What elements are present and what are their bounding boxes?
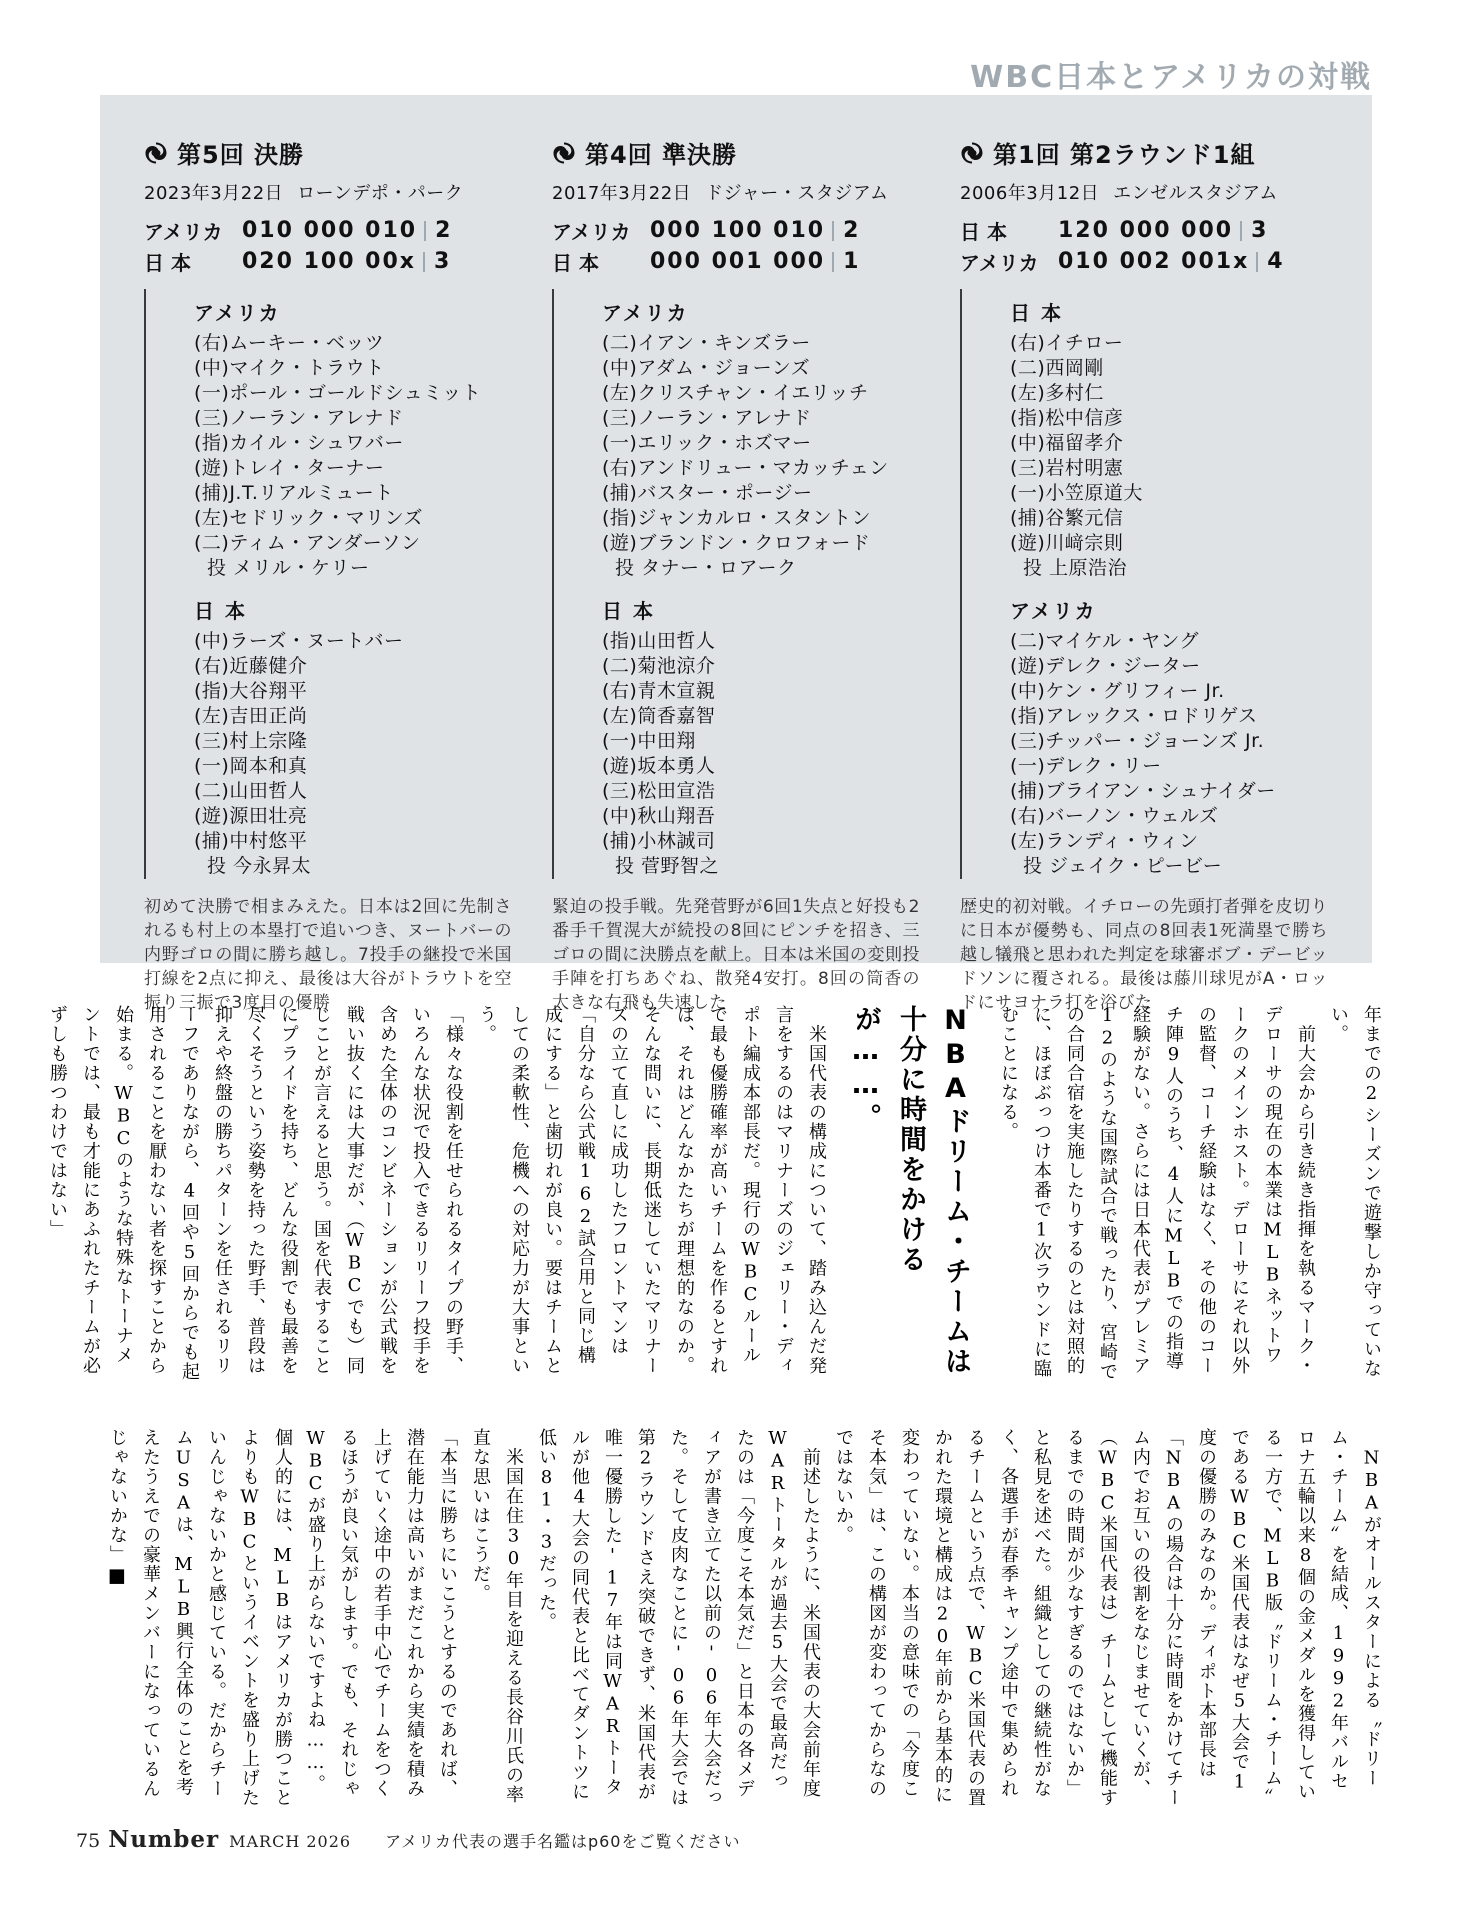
lineup-row: (左)吉田正尚 xyxy=(194,704,512,729)
linescore-row: 日 本 120 000 000 3 xyxy=(960,215,1328,246)
lineup-row: (指)カイル・シュワバー xyxy=(194,431,512,456)
page-footer: 75 Number MARCH 2026 アメリカ代表の選手名鑑はp60をご覧く… xyxy=(76,1826,741,1853)
lineup-row: (二)西岡剛 xyxy=(1010,356,1328,381)
lineup-row: (右)アンドリュー・マカッチェン xyxy=(602,456,920,481)
linescore-row: 日 本 020 100 00x 3 xyxy=(144,246,512,277)
linescore-divider xyxy=(832,221,834,241)
game-panel-2: 第4回 準決勝 2017年3月22日ドジャー・スタジアム アメリカ 000 10… xyxy=(552,135,920,1015)
linescore: アメリカ 000 100 010 2 日 本 000 001 000 1 xyxy=(552,215,920,277)
lineup-row: (指)ジャンカルロ・スタントン xyxy=(602,506,920,531)
article-subheadline-line1: NBAドリーム・チームは xyxy=(940,1005,971,1377)
linescore-row: 日 本 000 001 000 1 xyxy=(552,246,920,277)
article-paragraph: 年までの2シーズンで遊撃しか守っていない。 xyxy=(1322,1005,1388,1383)
lineup-row: (中)アダム・ジョーンズ xyxy=(602,356,920,381)
lineup-row: (遊)トレイ・ターナー xyxy=(194,456,512,481)
lineup-row: (右)近藤健介 xyxy=(194,654,512,679)
game-date: 2017年3月22日 xyxy=(552,183,691,204)
lineup-row: (中)マイク・トラウト xyxy=(194,356,512,381)
section-header: WBC日本とアメリカの対戦 xyxy=(970,52,1372,96)
linescore-innings: 010 000 010 xyxy=(242,218,417,243)
linescore-team: 日 本 xyxy=(960,216,1058,245)
linescore-divider xyxy=(423,252,425,272)
article-end-mark: ■ xyxy=(106,1565,128,1589)
lineup-row: (三)ノーラン・アレナド xyxy=(194,406,512,431)
lineup-row: (左)筒香嘉智 xyxy=(602,704,920,729)
lineup-player-list: (右)ムーキー・ベッツ(中)マイク・トラウト(一)ポール・ゴールドシュミット(三… xyxy=(194,331,512,556)
linescore-total: 3 xyxy=(1251,218,1266,243)
lineup-block: アメリカ (二)イアン・キンズラー(中)アダム・ジョーンズ(左)クリスチャン・イ… xyxy=(552,289,920,879)
article-subheadline-line2: 十分に時間をかけるが……。 xyxy=(850,1005,926,1275)
article-paragraph: 前大会から引き続き指揮を執るマーク・デローサの現在の本業はMLBネットワークのメ… xyxy=(992,1005,1322,1383)
linescore-row: アメリカ 000 100 010 2 xyxy=(552,215,920,246)
lineup-row: (二)ティム・アンダーソン xyxy=(194,531,512,556)
lineup-row: (遊)川﨑宗則 xyxy=(1010,531,1328,556)
lineup-row: (一)中田翔 xyxy=(602,729,920,754)
game-venue: エンゼルスタジアム xyxy=(1113,183,1278,204)
lineup-team: 日 本 (右)イチロー(二)西岡剛(左)多村仁(指)松中信彦(中)福留孝介(三)… xyxy=(1010,297,1328,581)
footer-note: アメリカ代表の選手名鑑はp60をご覧ください xyxy=(385,1829,740,1852)
lineup-row: (中)ケン・グリフィー Jr. xyxy=(1010,679,1328,704)
game-title: 第4回 準決勝 xyxy=(585,135,737,170)
lineup-row: (遊)デレク・ジーター xyxy=(1010,654,1328,679)
game-title-row: 第4回 準決勝 xyxy=(552,135,920,170)
game-date-row: 2023年3月22日ローンデポ・パーク xyxy=(144,179,512,205)
lineup-row: (中)秋山翔吾 xyxy=(602,804,920,829)
linescore-row: アメリカ 010 002 001x 4 xyxy=(960,246,1328,277)
lineup-row: (三)チッパー・ジョーンズ Jr. xyxy=(1010,729,1328,754)
lineup-pitcher: 投 メリル・ケリー xyxy=(194,556,512,581)
lineup-row: (二)イアン・キンズラー xyxy=(602,331,920,356)
article-paragraph: 米国代表の構成について、踏み込んだ発言をするのはマリナーズのジェリー・ディポト編… xyxy=(470,1005,833,1383)
lineup-player-list: (中)ラーズ・ヌートバー(右)近藤健介(指)大谷翔平(左)吉田正尚(三)村上宗隆… xyxy=(194,629,512,854)
linescore-team: アメリカ xyxy=(552,216,650,245)
linescore-innings: 120 000 000 xyxy=(1058,218,1233,243)
lineup-row: (捕)ブライアン・シュナイダー xyxy=(1010,779,1328,804)
linescore-total: 2 xyxy=(843,218,858,243)
lineup-row: (一)デレク・リー xyxy=(1010,754,1328,779)
lineup-row: (右)バーノン・ウェルズ xyxy=(1010,804,1328,829)
game-venue: ローンデポ・パーク xyxy=(297,183,463,204)
lineup-row: (指)山田哲人 xyxy=(602,629,920,654)
linescore-team: アメリカ xyxy=(960,247,1058,276)
lineup-row: (二)菊池涼介 xyxy=(602,654,920,679)
game-title: 第5回 決勝 xyxy=(177,135,304,170)
box-score-panel: 第5回 決勝 2023年3月22日ローンデポ・パーク アメリカ 010 000 … xyxy=(100,95,1372,963)
lineup-row: (右)イチロー xyxy=(1010,331,1328,356)
lineup-team-name: 日 本 xyxy=(194,595,512,624)
lineup-row: (捕)中村悠平 xyxy=(194,829,512,854)
article-paragraph: NBAがオールスターによる〝ドリーム・チーム〟を結成、1992年バルセロナ五輪以… xyxy=(827,1428,1388,1810)
lineup-row: (遊)坂本勇人 xyxy=(602,754,920,779)
lineup-row: (二)山田哲人 xyxy=(194,779,512,804)
tournament-mark-icon xyxy=(144,141,168,165)
lineup-row: (指)アレックス・ロドリゲス xyxy=(1010,704,1328,729)
lineup-pitcher: 投 タナー・ロアーク xyxy=(602,556,920,581)
lineup-row: (左)多村仁 xyxy=(1010,381,1328,406)
lineup-team-name: アメリカ xyxy=(602,297,920,326)
lineup-player-list: (右)イチロー(二)西岡剛(左)多村仁(指)松中信彦(中)福留孝介(三)岩村明憲… xyxy=(1010,331,1328,556)
game-panel-1: 第5回 決勝 2023年3月22日ローンデポ・パーク アメリカ 010 000 … xyxy=(144,135,512,1015)
lineup-pitcher: 投 ジェイク・ピービー xyxy=(1010,854,1328,879)
game-caption: 緊迫の投手戦。先発菅野が6回1失点と好投も2番手千賀滉大が続投の8回にピンチを招… xyxy=(552,895,920,1015)
lineup-team-name: アメリカ xyxy=(1010,595,1328,624)
lineup-row: (一)岡本和真 xyxy=(194,754,512,779)
linescore-total: 1 xyxy=(843,249,858,274)
lineup-player-list: (二)マイケル・ヤング(遊)デレク・ジーター(中)ケン・グリフィー Jr.(指)… xyxy=(1010,629,1328,854)
lineup-team: アメリカ (二)イアン・キンズラー(中)アダム・ジョーンズ(左)クリスチャン・イ… xyxy=(602,297,920,581)
magazine-logo: Number xyxy=(108,1826,219,1853)
game-date: 2023年3月22日 xyxy=(144,183,283,204)
lineup-row: (三)ノーラン・アレナド xyxy=(602,406,920,431)
magazine-page: WBC日本とアメリカの対戦 第5回 決勝 2023年3月22日ローンデポ・パーク… xyxy=(0,0,1472,1920)
linescore-divider xyxy=(1240,221,1242,241)
linescore-team: アメリカ xyxy=(144,216,242,245)
article-paragraph: 前述したように、米国代表の大会前年度WARトータルが過去5大会で最高だったのは「… xyxy=(530,1428,827,1810)
lineup-row: (一)小笠原道大 xyxy=(1010,481,1328,506)
lineup-team-name: 日 本 xyxy=(1010,297,1328,326)
game-date-row: 2017年3月22日ドジャー・スタジアム xyxy=(552,179,920,205)
lineup-row: (左)セドリック・マリンズ xyxy=(194,506,512,531)
lineup-block: 日 本 (右)イチロー(二)西岡剛(左)多村仁(指)松中信彦(中)福留孝介(三)… xyxy=(960,289,1328,879)
lineup-row: (捕)谷繁元信 xyxy=(1010,506,1328,531)
linescore-total: 4 xyxy=(1267,249,1282,274)
lineup-team-name: 日 本 xyxy=(602,595,920,624)
lineup-row: (捕)バスター・ポージー xyxy=(602,481,920,506)
linescore-innings: 000 001 000 xyxy=(650,249,825,274)
lineup-row: (遊)ブランドン・クロフォード xyxy=(602,531,920,556)
tournament-mark-icon xyxy=(960,141,984,165)
lineup-row: (三)村上宗隆 xyxy=(194,729,512,754)
lineup-player-list: (指)山田哲人(二)菊池涼介(右)青木宣親(左)筒香嘉智(一)中田翔(遊)坂本勇… xyxy=(602,629,920,854)
linescore-team: 日 本 xyxy=(144,247,242,276)
lineup-row: (指)大谷翔平 xyxy=(194,679,512,704)
lineup-row: (遊)源田壮亮 xyxy=(194,804,512,829)
lineup-row: (右)青木宣親 xyxy=(602,679,920,704)
lineup-pitcher: 投 上原浩治 xyxy=(1010,556,1328,581)
article-paragraph: 米国在住30年目を迎える長谷川氏の率直な思いはこうだ。 xyxy=(464,1428,530,1810)
game-caption: 歴史的初対戦。イチローの先頭打者弾を皮切りに日本が優勢も、同点の8回表1死満塁で… xyxy=(960,895,1328,1015)
linescore-innings: 000 100 010 xyxy=(650,218,825,243)
article-paragraph: 「本当に勝ちにいこうとするのであれば、潜在能力は高いがまだこれから実績を積み上げ… xyxy=(100,1428,464,1810)
game-venue: ドジャー・スタジアム xyxy=(705,183,888,204)
linescore-team: 日 本 xyxy=(552,247,650,276)
lineup-row: (捕)小林誠司 xyxy=(602,829,920,854)
lineup-row: (一)ポール・ゴールドシュミット xyxy=(194,381,512,406)
tournament-mark-icon xyxy=(552,141,576,165)
lineup-row: (捕)J.T.リアルミュート xyxy=(194,481,512,506)
lineup-row: (中)福留孝介 xyxy=(1010,431,1328,456)
lineup-team: アメリカ (二)マイケル・ヤング(遊)デレク・ジーター(中)ケン・グリフィー J… xyxy=(1010,595,1328,879)
lineup-player-list: (二)イアン・キンズラー(中)アダム・ジョーンズ(左)クリスチャン・イエリッチ(… xyxy=(602,331,920,556)
lineup-block: アメリカ (右)ムーキー・ベッツ(中)マイク・トラウト(一)ポール・ゴールドシュ… xyxy=(144,289,512,879)
article-subheadline: NBAドリーム・チームは十分に時間をかけるが……。 xyxy=(843,1005,978,1383)
page-number: 75 xyxy=(76,1830,100,1852)
linescore: アメリカ 010 000 010 2 日 本 020 100 00x 3 xyxy=(144,215,512,277)
linescore-innings: 020 100 00x xyxy=(242,249,416,274)
lineup-team: アメリカ (右)ムーキー・ベッツ(中)マイク・トラウト(一)ポール・ゴールドシュ… xyxy=(194,297,512,581)
game-caption: 初めて決勝で相まみえた。日本は2回に先制されるも村上の本塁打で追いつき、ヌートバ… xyxy=(144,895,512,1015)
linescore: 日 本 120 000 000 3 アメリカ 010 002 001x 4 xyxy=(960,215,1328,277)
game-date: 2006年3月12日 xyxy=(960,183,1099,204)
game-title-row: 第1回 第2ラウンド1組 xyxy=(960,135,1328,170)
article-paragraph-text: 「本当に勝ちにいこうとするのであれば、潜在能力は高いがまだこれから実績を積み上げ… xyxy=(107,1428,458,1808)
linescore-innings: 010 002 001x xyxy=(1058,249,1249,274)
linescore-row: アメリカ 010 000 010 2 xyxy=(144,215,512,246)
linescore-total: 3 xyxy=(434,249,449,274)
lineup-row: (左)ランディ・ウィン xyxy=(1010,829,1328,854)
linescore-divider xyxy=(424,221,426,241)
lineup-row: (三)松田宣浩 xyxy=(602,779,920,804)
linescore-divider xyxy=(1256,252,1258,272)
lineup-row: (一)エリック・ホズマー xyxy=(602,431,920,456)
game-title: 第1回 第2ラウンド1組 xyxy=(993,135,1255,170)
lineup-row: (二)マイケル・ヤング xyxy=(1010,629,1328,654)
article-band-2: NBAがオールスターによる〝ドリーム・チーム〟を結成、1992年バルセロナ五輪以… xyxy=(68,1428,1388,1810)
lineup-row: (右)ムーキー・ベッツ xyxy=(194,331,512,356)
lineup-team: 日 本 (中)ラーズ・ヌートバー(右)近藤健介(指)大谷翔平(左)吉田正尚(三)… xyxy=(194,595,512,879)
lineup-row: (指)松中信彦 xyxy=(1010,406,1328,431)
game-panel-3: 第1回 第2ラウンド1組 2006年3月12日エンゼルスタジアム 日 本 120… xyxy=(960,135,1328,1015)
lineup-team: 日 本 (指)山田哲人(二)菊池涼介(右)青木宣親(左)筒香嘉智(一)中田翔(遊… xyxy=(602,595,920,879)
linescore-total: 2 xyxy=(435,218,450,243)
game-date-row: 2006年3月12日エンゼルスタジアム xyxy=(960,179,1328,205)
lineup-row: (三)岩村明憲 xyxy=(1010,456,1328,481)
lineup-team-name: アメリカ xyxy=(194,297,512,326)
linescore-divider xyxy=(832,252,834,272)
article-band-1: 年までの2シーズンで遊撃しか守っていない。 前大会から引き続き指揮を執るマーク・… xyxy=(68,1005,1388,1383)
issue-label: MARCH 2026 xyxy=(229,1832,351,1851)
game-title-row: 第5回 決勝 xyxy=(144,135,512,170)
lineup-row: (中)ラーズ・ヌートバー xyxy=(194,629,512,654)
lineup-row: (左)クリスチャン・イエリッチ xyxy=(602,381,920,406)
article-paragraph: 「様々な役割を任せられるタイプの野手、いろんな状況で投入できるリリーフ投手を含め… xyxy=(41,1005,470,1383)
lineup-pitcher: 投 今永昇太 xyxy=(194,854,512,879)
lineup-pitcher: 投 菅野智之 xyxy=(602,854,920,879)
